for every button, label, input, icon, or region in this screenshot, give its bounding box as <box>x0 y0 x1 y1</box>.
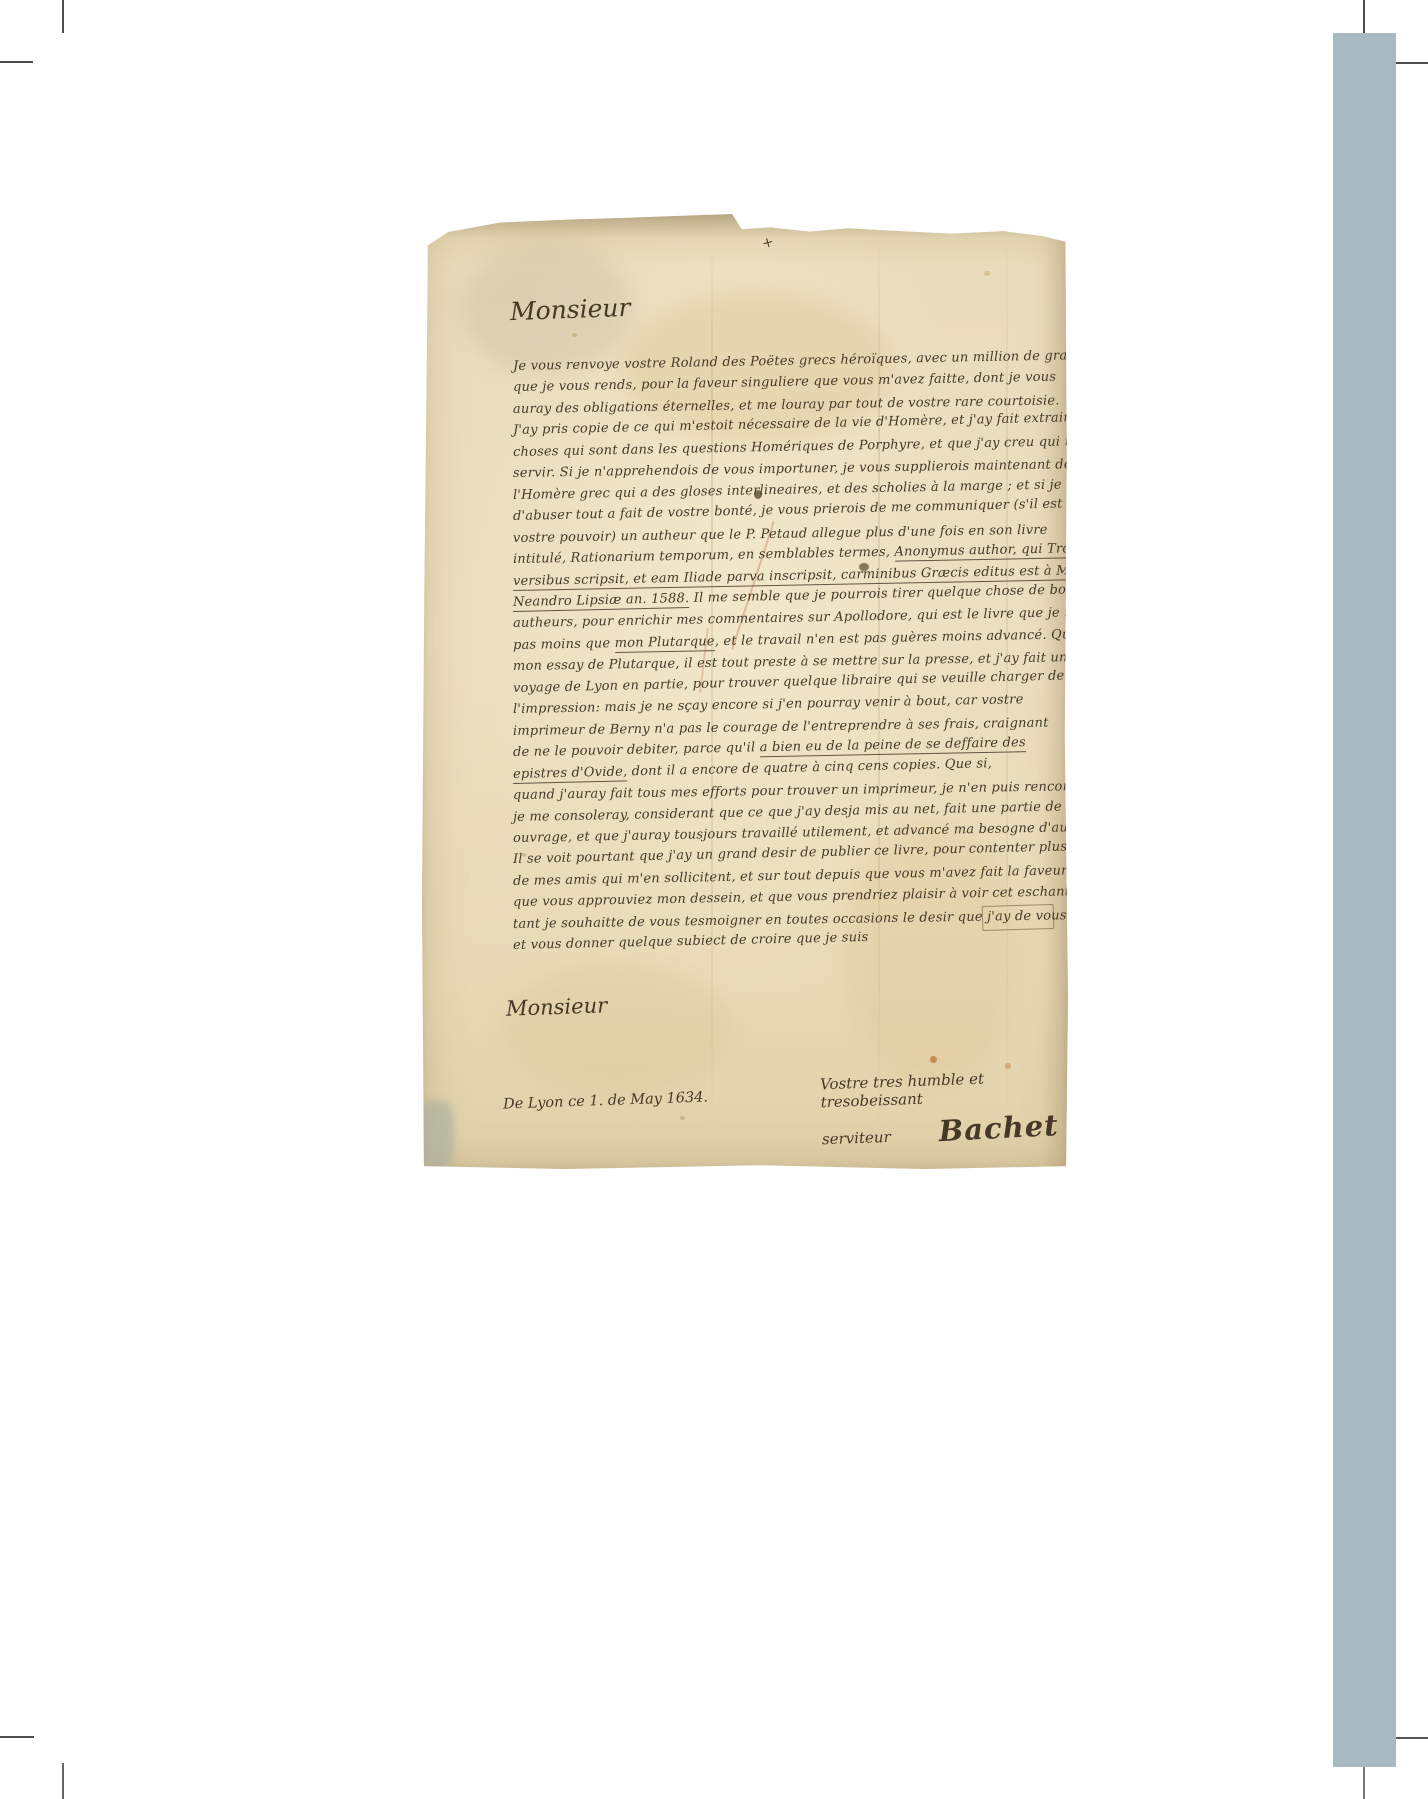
valediction-line: Vostre tres humble et tresobeissant <box>820 1067 1068 1112</box>
crop-mark-top-left-horizontal <box>0 61 33 63</box>
salutation: Monsieur <box>510 293 631 326</box>
plus-mark: + <box>760 234 775 252</box>
crop-mark-bottom-right-vertical <box>1363 1766 1365 1799</box>
manuscript-letter-scan: + Monsieur Je vous renvoye vostre Roland… <box>422 213 1068 1170</box>
torn-edge-shadow <box>422 213 1068 243</box>
foxing-spot <box>572 333 577 337</box>
paper-stain <box>502 963 732 1093</box>
valediction: Vostre tres humble et tresobeissant serv… <box>820 1067 1070 1152</box>
gray-stain <box>414 1101 454 1169</box>
signature: Bachet <box>938 1108 1060 1148</box>
crop-mark-top-right-vertical <box>1363 0 1365 33</box>
foxing-spot <box>984 271 990 276</box>
page-edge-color-bar <box>1333 33 1396 1767</box>
closing-salutation: Monsieur <box>506 993 608 1021</box>
crop-mark-bottom-left-horizontal <box>0 1736 34 1738</box>
dateline: De Lyon ce 1. de May 1634. <box>503 1089 709 1112</box>
crop-mark-top-right-horizontal <box>1395 62 1428 64</box>
crop-mark-bottom-right-horizontal <box>1395 1737 1428 1739</box>
foxing-spot <box>930 1056 937 1063</box>
letter-body: Je vous renvoye vostre Roland des Poëtes… <box>513 356 1071 957</box>
foxing-spot <box>680 1116 685 1120</box>
crop-mark-top-left-vertical <box>62 0 64 33</box>
valediction-line: serviteur <box>822 1128 891 1148</box>
page: + Monsieur Je vous renvoye vostre Roland… <box>0 0 1428 1799</box>
crop-mark-bottom-left-vertical <box>62 1763 64 1799</box>
